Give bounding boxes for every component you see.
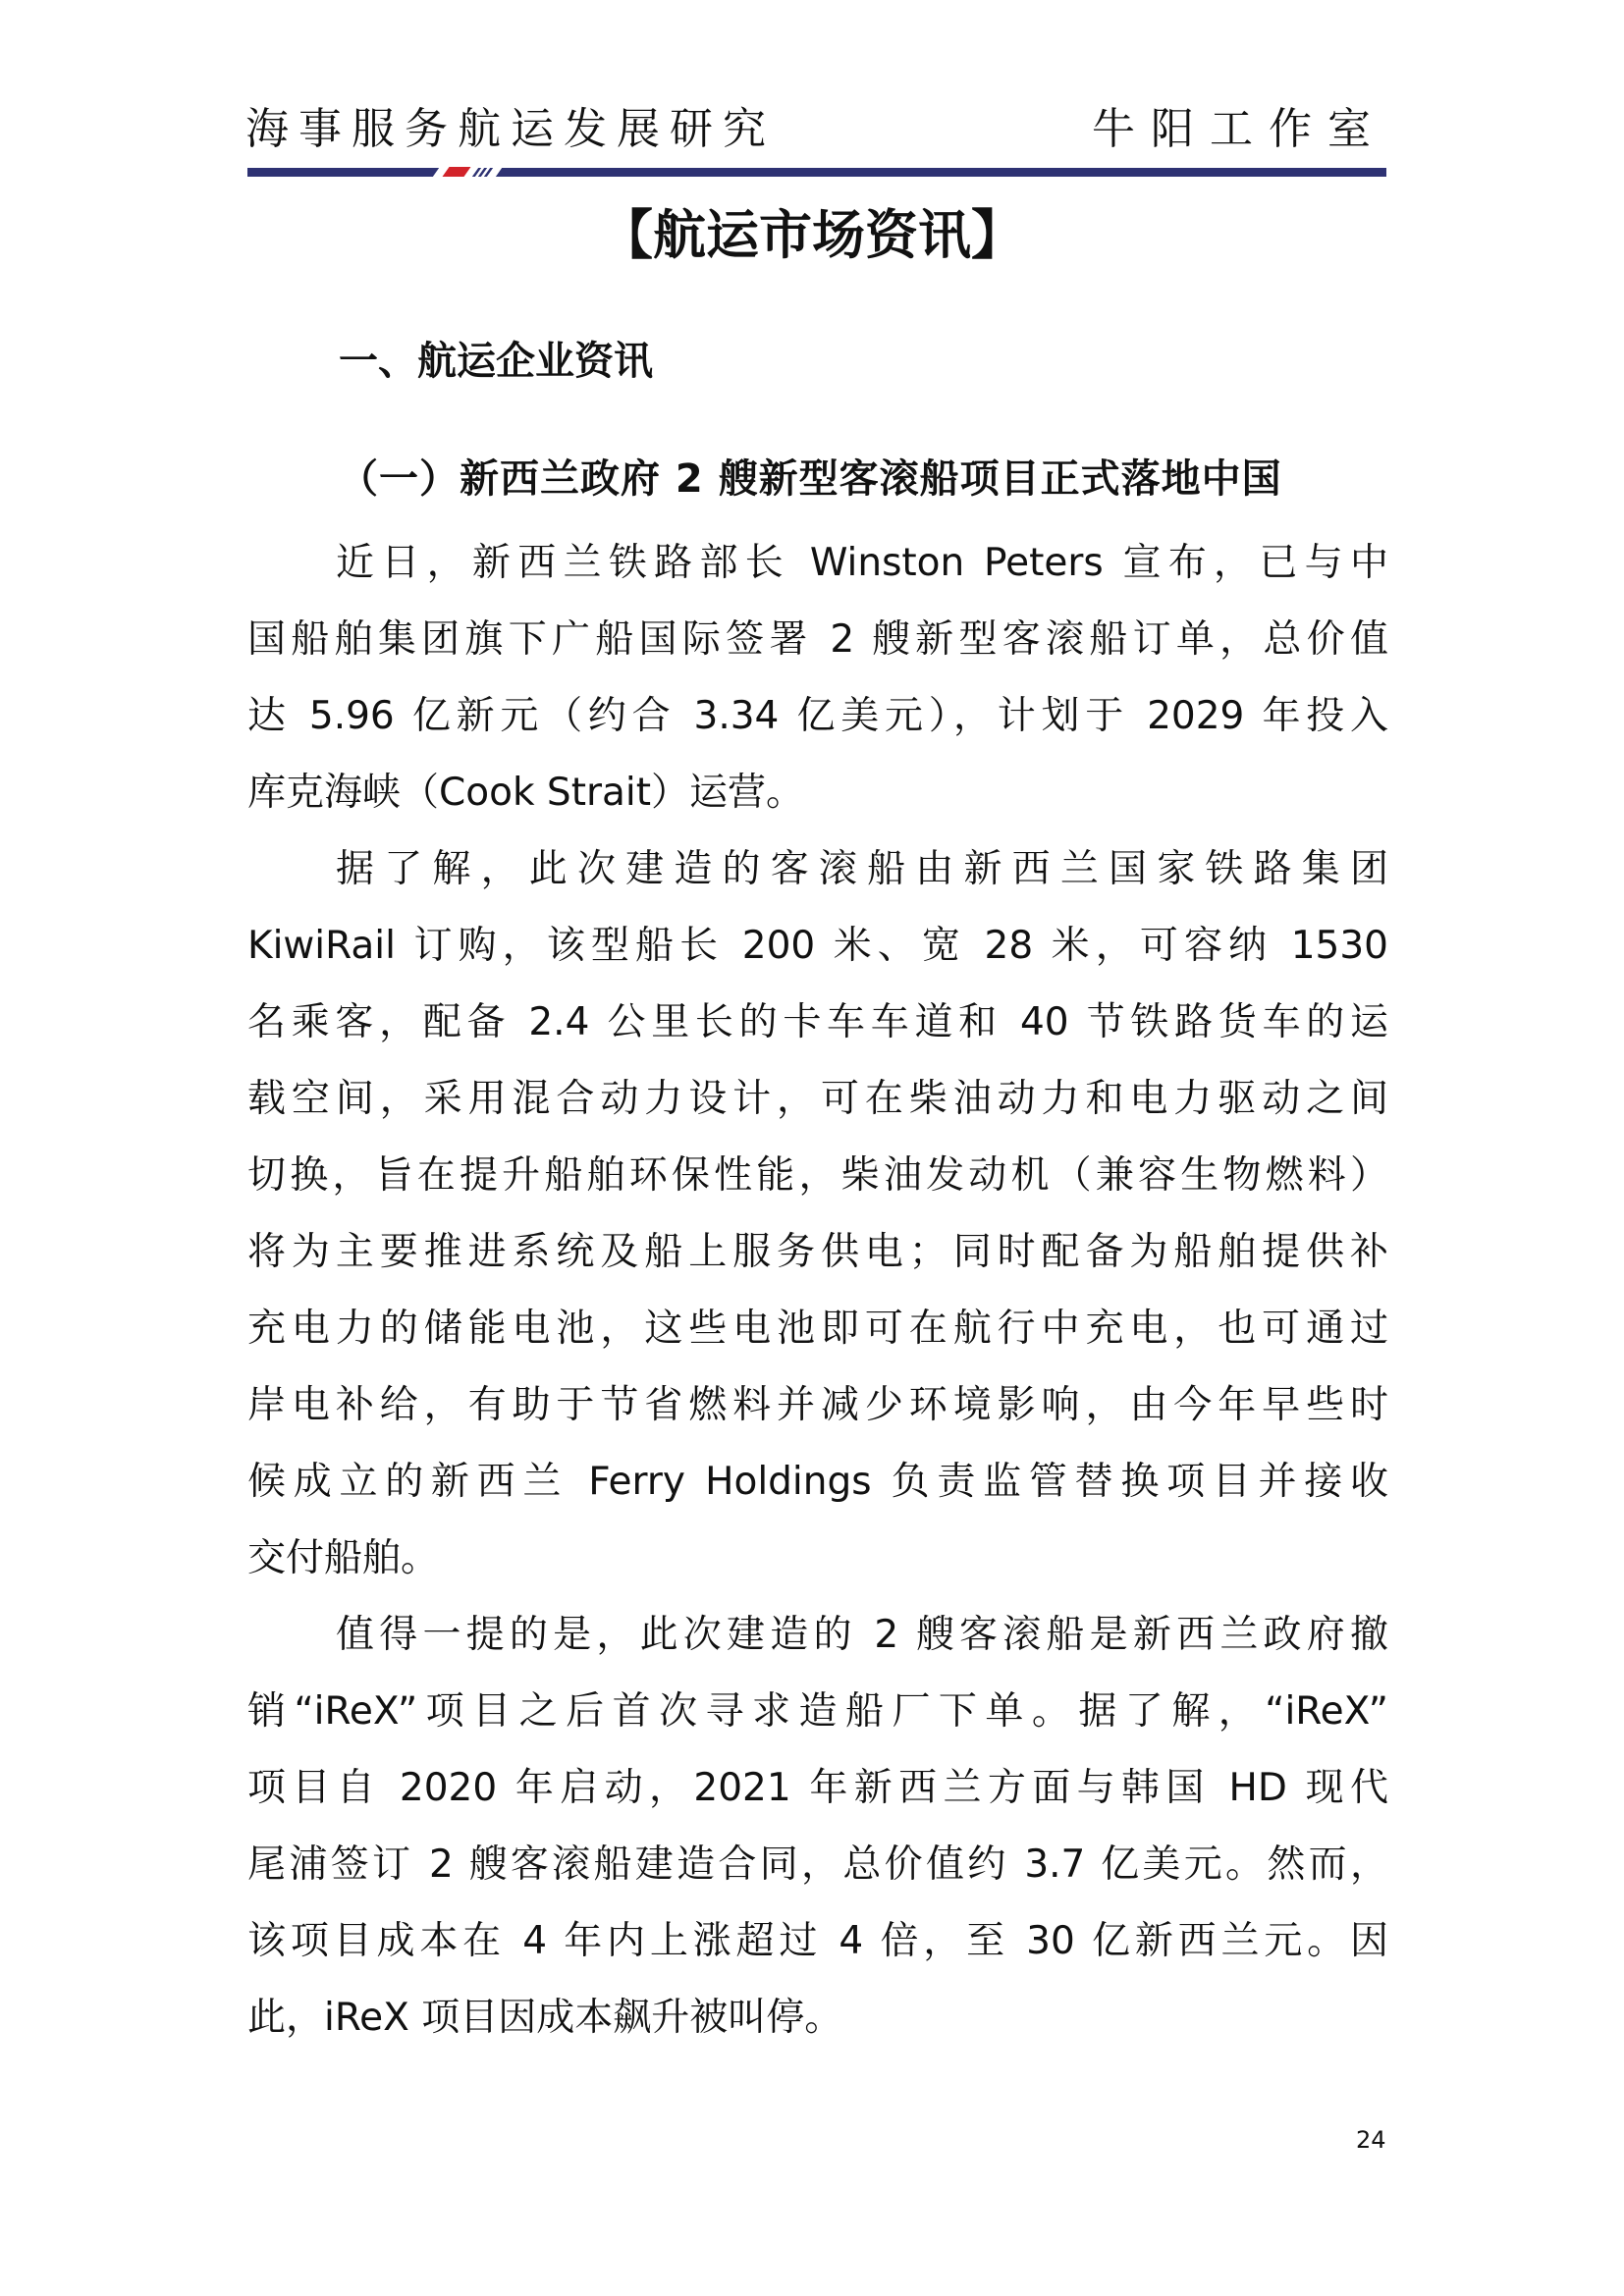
header-divider-bar <box>247 168 1386 177</box>
paragraph-2: 据了解，此次建造的客滚船由新西兰国家铁路集团 KiwiRail 订购，该型船长 … <box>247 831 1388 1597</box>
text-line: 达 5.96 亿新元（约合 3.34 亿美元），计划于 2029 年投入 <box>247 678 1388 755</box>
text-line: 交付船舶。 <box>247 1521 1388 1597</box>
header-publication-title: 海事服务航运发展研究 <box>245 102 776 157</box>
section-title: 一、航运企业资讯 <box>339 334 653 389</box>
paragraph-3: 值得一提的是，此次建造的 2 艘客滚船是新西兰政府撤 销“iReX”项目之后首次… <box>247 1597 1388 2056</box>
header-studio-name: 牛阳工作室 <box>1092 102 1386 157</box>
page-title: 【航运市场资讯】 <box>0 201 1624 270</box>
text-line: 载空间，采用混合动力设计，可在柴油动力和电力驱动之间 <box>247 1061 1388 1138</box>
text-line: 该项目成本在 4 年内上涨超过 4 倍，至 30 亿新西兰元。因 <box>247 1903 1388 1980</box>
paragraph-1: 近日，新西兰铁路部长 Winston Peters 宣布，已与中 国船舶集团旗下… <box>247 525 1388 831</box>
text-line: 岸电补给，有助于节省燃料并减少环境影响，由今年早些时 <box>247 1367 1388 1444</box>
page-number: 24 <box>1356 2126 1386 2154</box>
text-line: 充电力的储能电池，这些电池即可在航行中充电，也可通过 <box>247 1291 1388 1367</box>
text-line: 将为主要推进系统及船上服务供电；同时配备为船舶提供补 <box>247 1214 1388 1291</box>
article-title: （一）新西兰政府 2 艘新型客滚船项目正式落地中国 <box>339 452 1282 507</box>
text-line: 候成立的新西兰 Ferry Holdings 负责监管替换项目并接收 <box>247 1444 1388 1521</box>
text-line: 库克海峡（Cook Strait）运营。 <box>247 755 1388 831</box>
text-line: 值得一提的是，此次建造的 2 艘客滚船是新西兰政府撤 <box>247 1597 1388 1674</box>
text-line: 名乘客，配备 2.4 公里长的卡车车道和 40 节铁路货车的运 <box>247 985 1388 1061</box>
text-line: 据了解，此次建造的客滚船由新西兰国家铁路集团 <box>247 831 1388 908</box>
text-line: 尾浦签订 2 艘客滚船建造合同，总价值约 3.7 亿美元。然而， <box>247 1827 1388 1903</box>
text-line: 国船舶集团旗下广船国际签署 2 艘新型客滚船订单，总价值 <box>247 602 1388 678</box>
text-line: 销“iReX”项目之后首次寻求造船厂下单。据了解，“iReX” <box>247 1674 1388 1750</box>
text-line: KiwiRail 订购，该型船长 200 米、宽 28 米，可容纳 1530 <box>247 908 1388 985</box>
text-line: 近日，新西兰铁路部长 Winston Peters 宣布，已与中 <box>247 525 1388 602</box>
page-header: 海事服务航运发展研究 牛阳工作室 <box>245 102 1386 157</box>
text-line: 切换，旨在提升船舶环保性能，柴油发动机（兼容生物燃料） <box>247 1138 1388 1214</box>
text-line: 此，iReX 项目因成本飙升被叫停。 <box>247 1980 1388 2056</box>
text-line: 项目自 2020 年启动，2021 年新西兰方面与韩国 HD 现代 <box>247 1750 1388 1827</box>
